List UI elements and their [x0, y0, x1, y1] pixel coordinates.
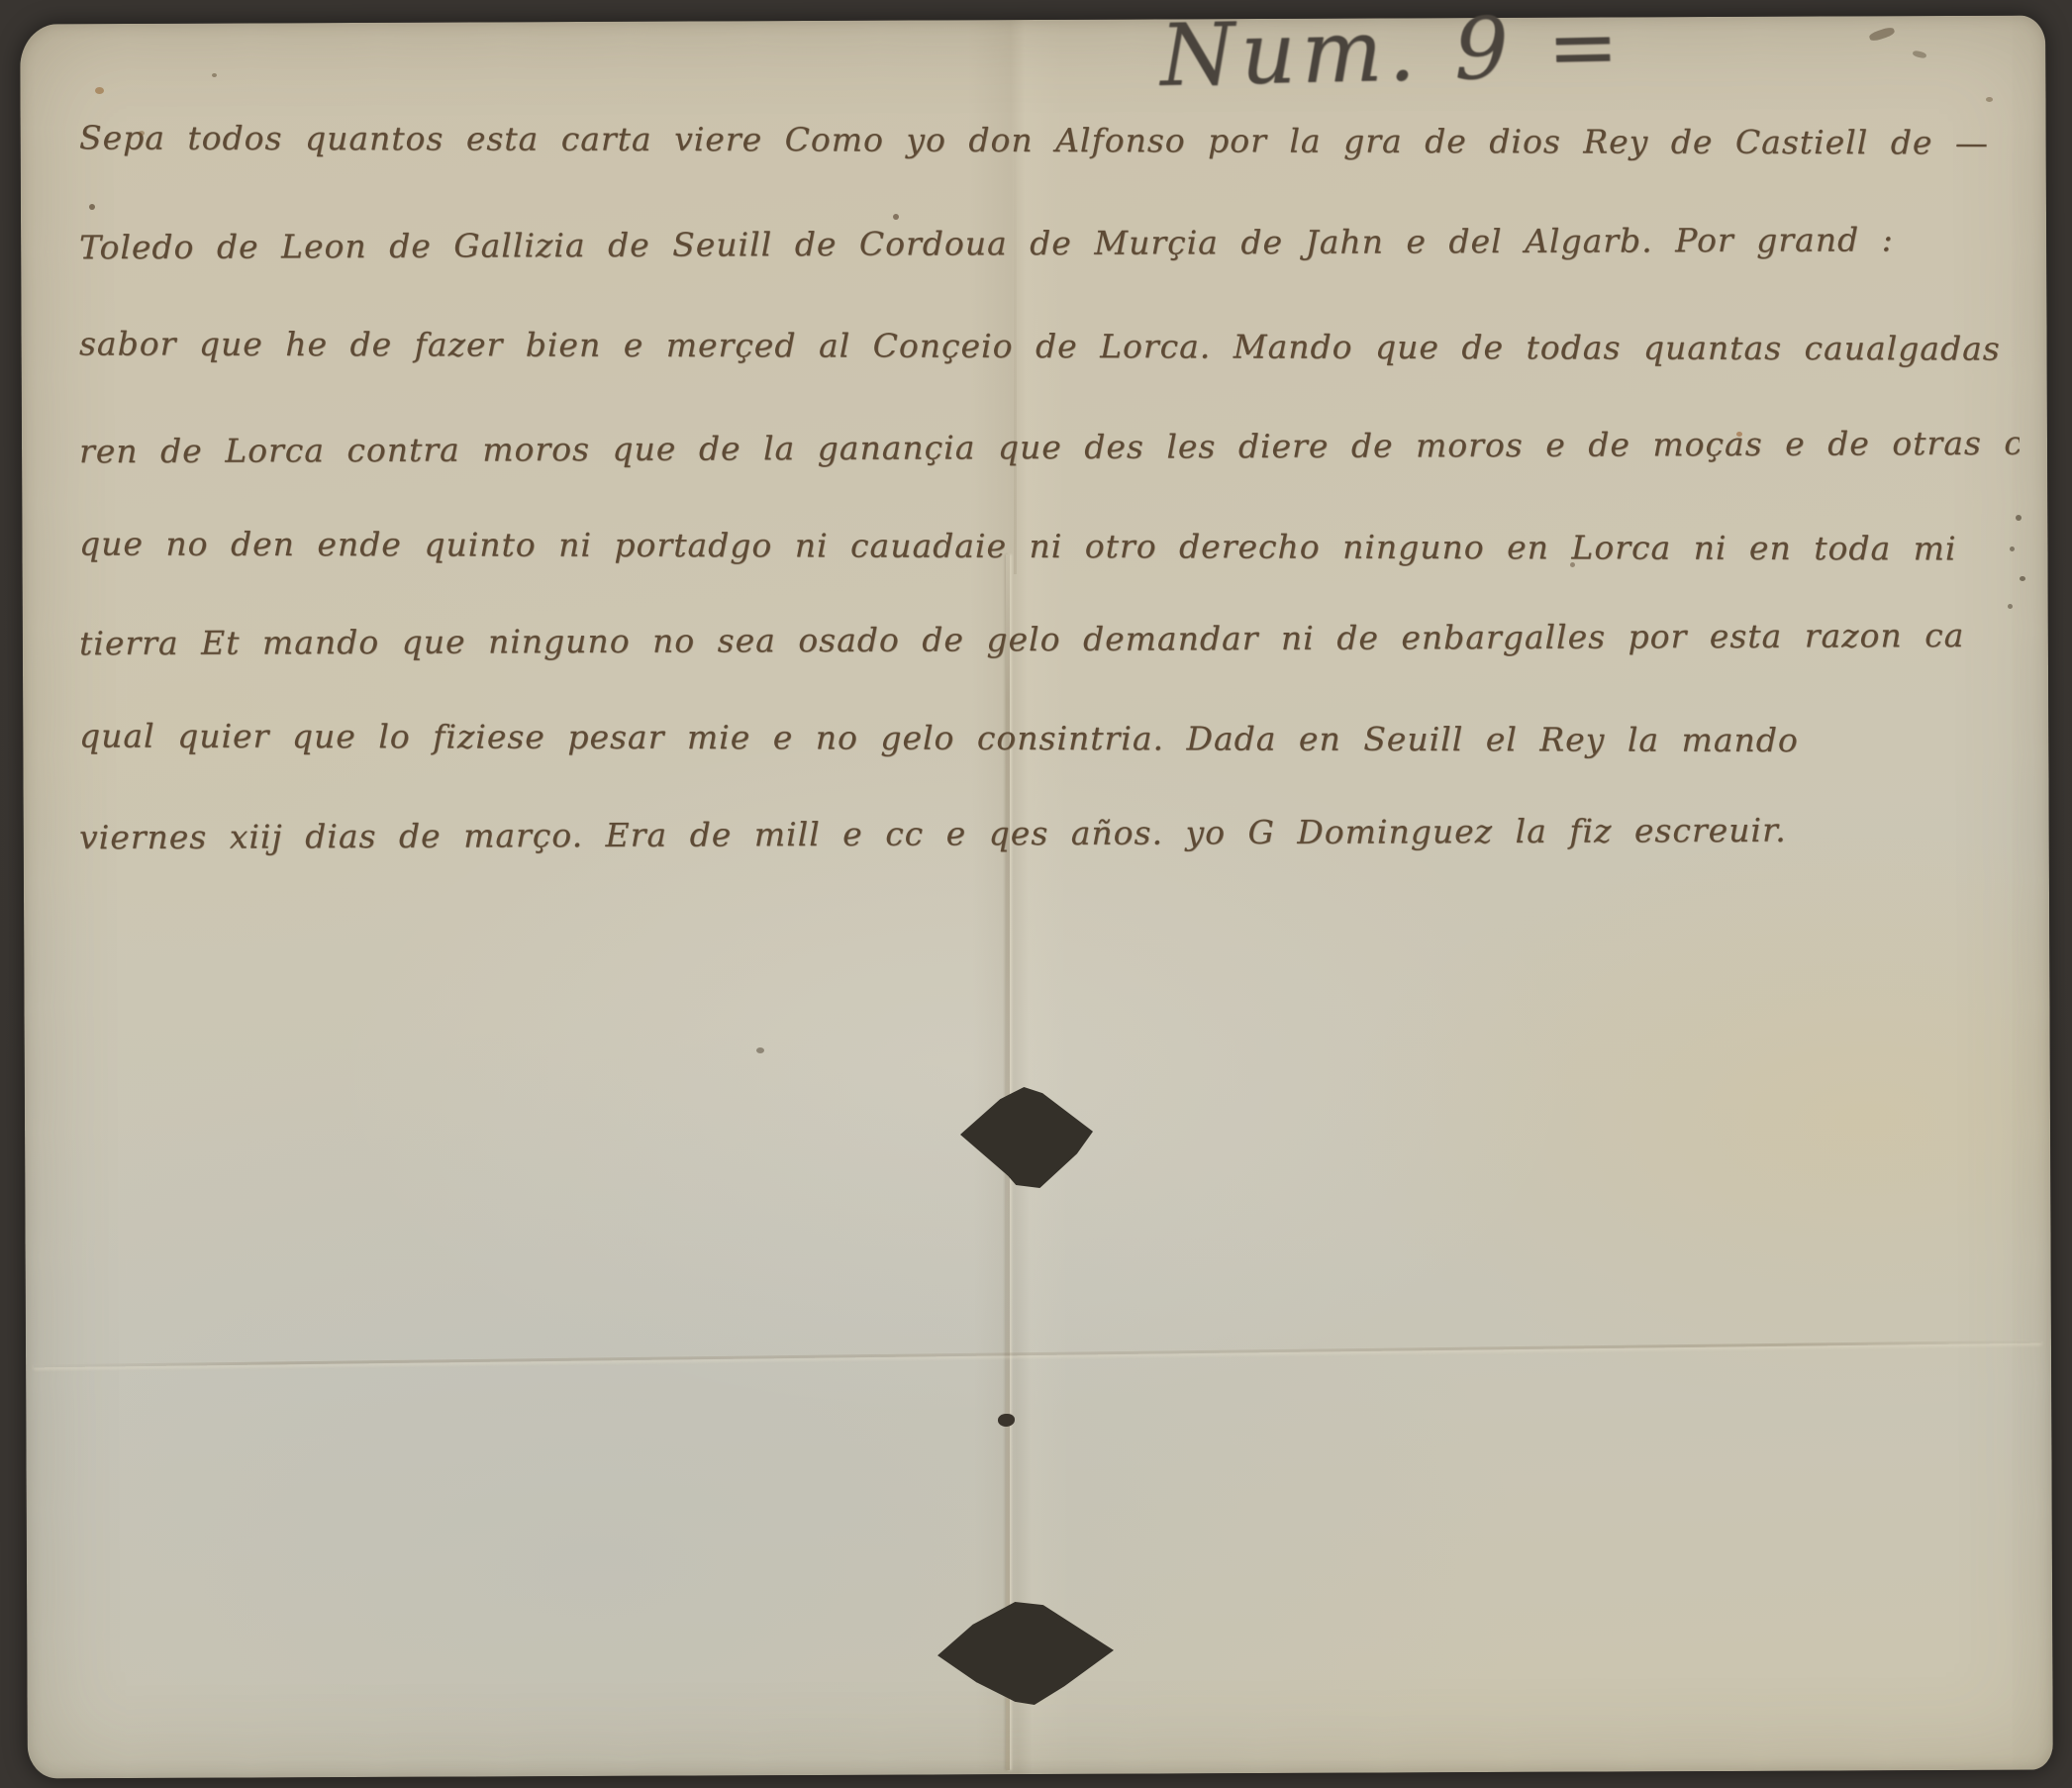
archival-number-heading: Num. 9 = — [1159, 0, 1626, 106]
ink-dot — [893, 214, 899, 220]
ink-dot — [89, 204, 95, 210]
stain-speck — [139, 131, 145, 136]
ink-dot — [1570, 562, 1575, 567]
manuscript-line-5: que no den ende quinto ni portadgo ni ca… — [79, 524, 2020, 567]
manuscript-line-3: sabor que he de fazer bien e merçed al C… — [79, 324, 2020, 367]
stain-speck — [1736, 432, 1742, 437]
stain-speck — [212, 73, 217, 77]
parchment-sheet — [20, 16, 2053, 1779]
ink-dot — [2008, 604, 2013, 609]
manuscript-line-7: qual quier que lo fiziese pesar mie e no… — [79, 716, 2020, 759]
photograph-of-parchment-charter: { "document": { "archival_number": "Num.… — [0, 0, 2072, 1788]
stain-speck — [95, 87, 104, 94]
stain-speck — [756, 1047, 764, 1053]
stain-speck — [1986, 97, 1993, 102]
ink-dot — [2010, 546, 2015, 551]
ink-dot — [2016, 515, 2022, 521]
manuscript-line-1: Sepa todos quantos esta carta viere Como… — [79, 118, 2020, 161]
ink-dot — [2020, 576, 2025, 581]
